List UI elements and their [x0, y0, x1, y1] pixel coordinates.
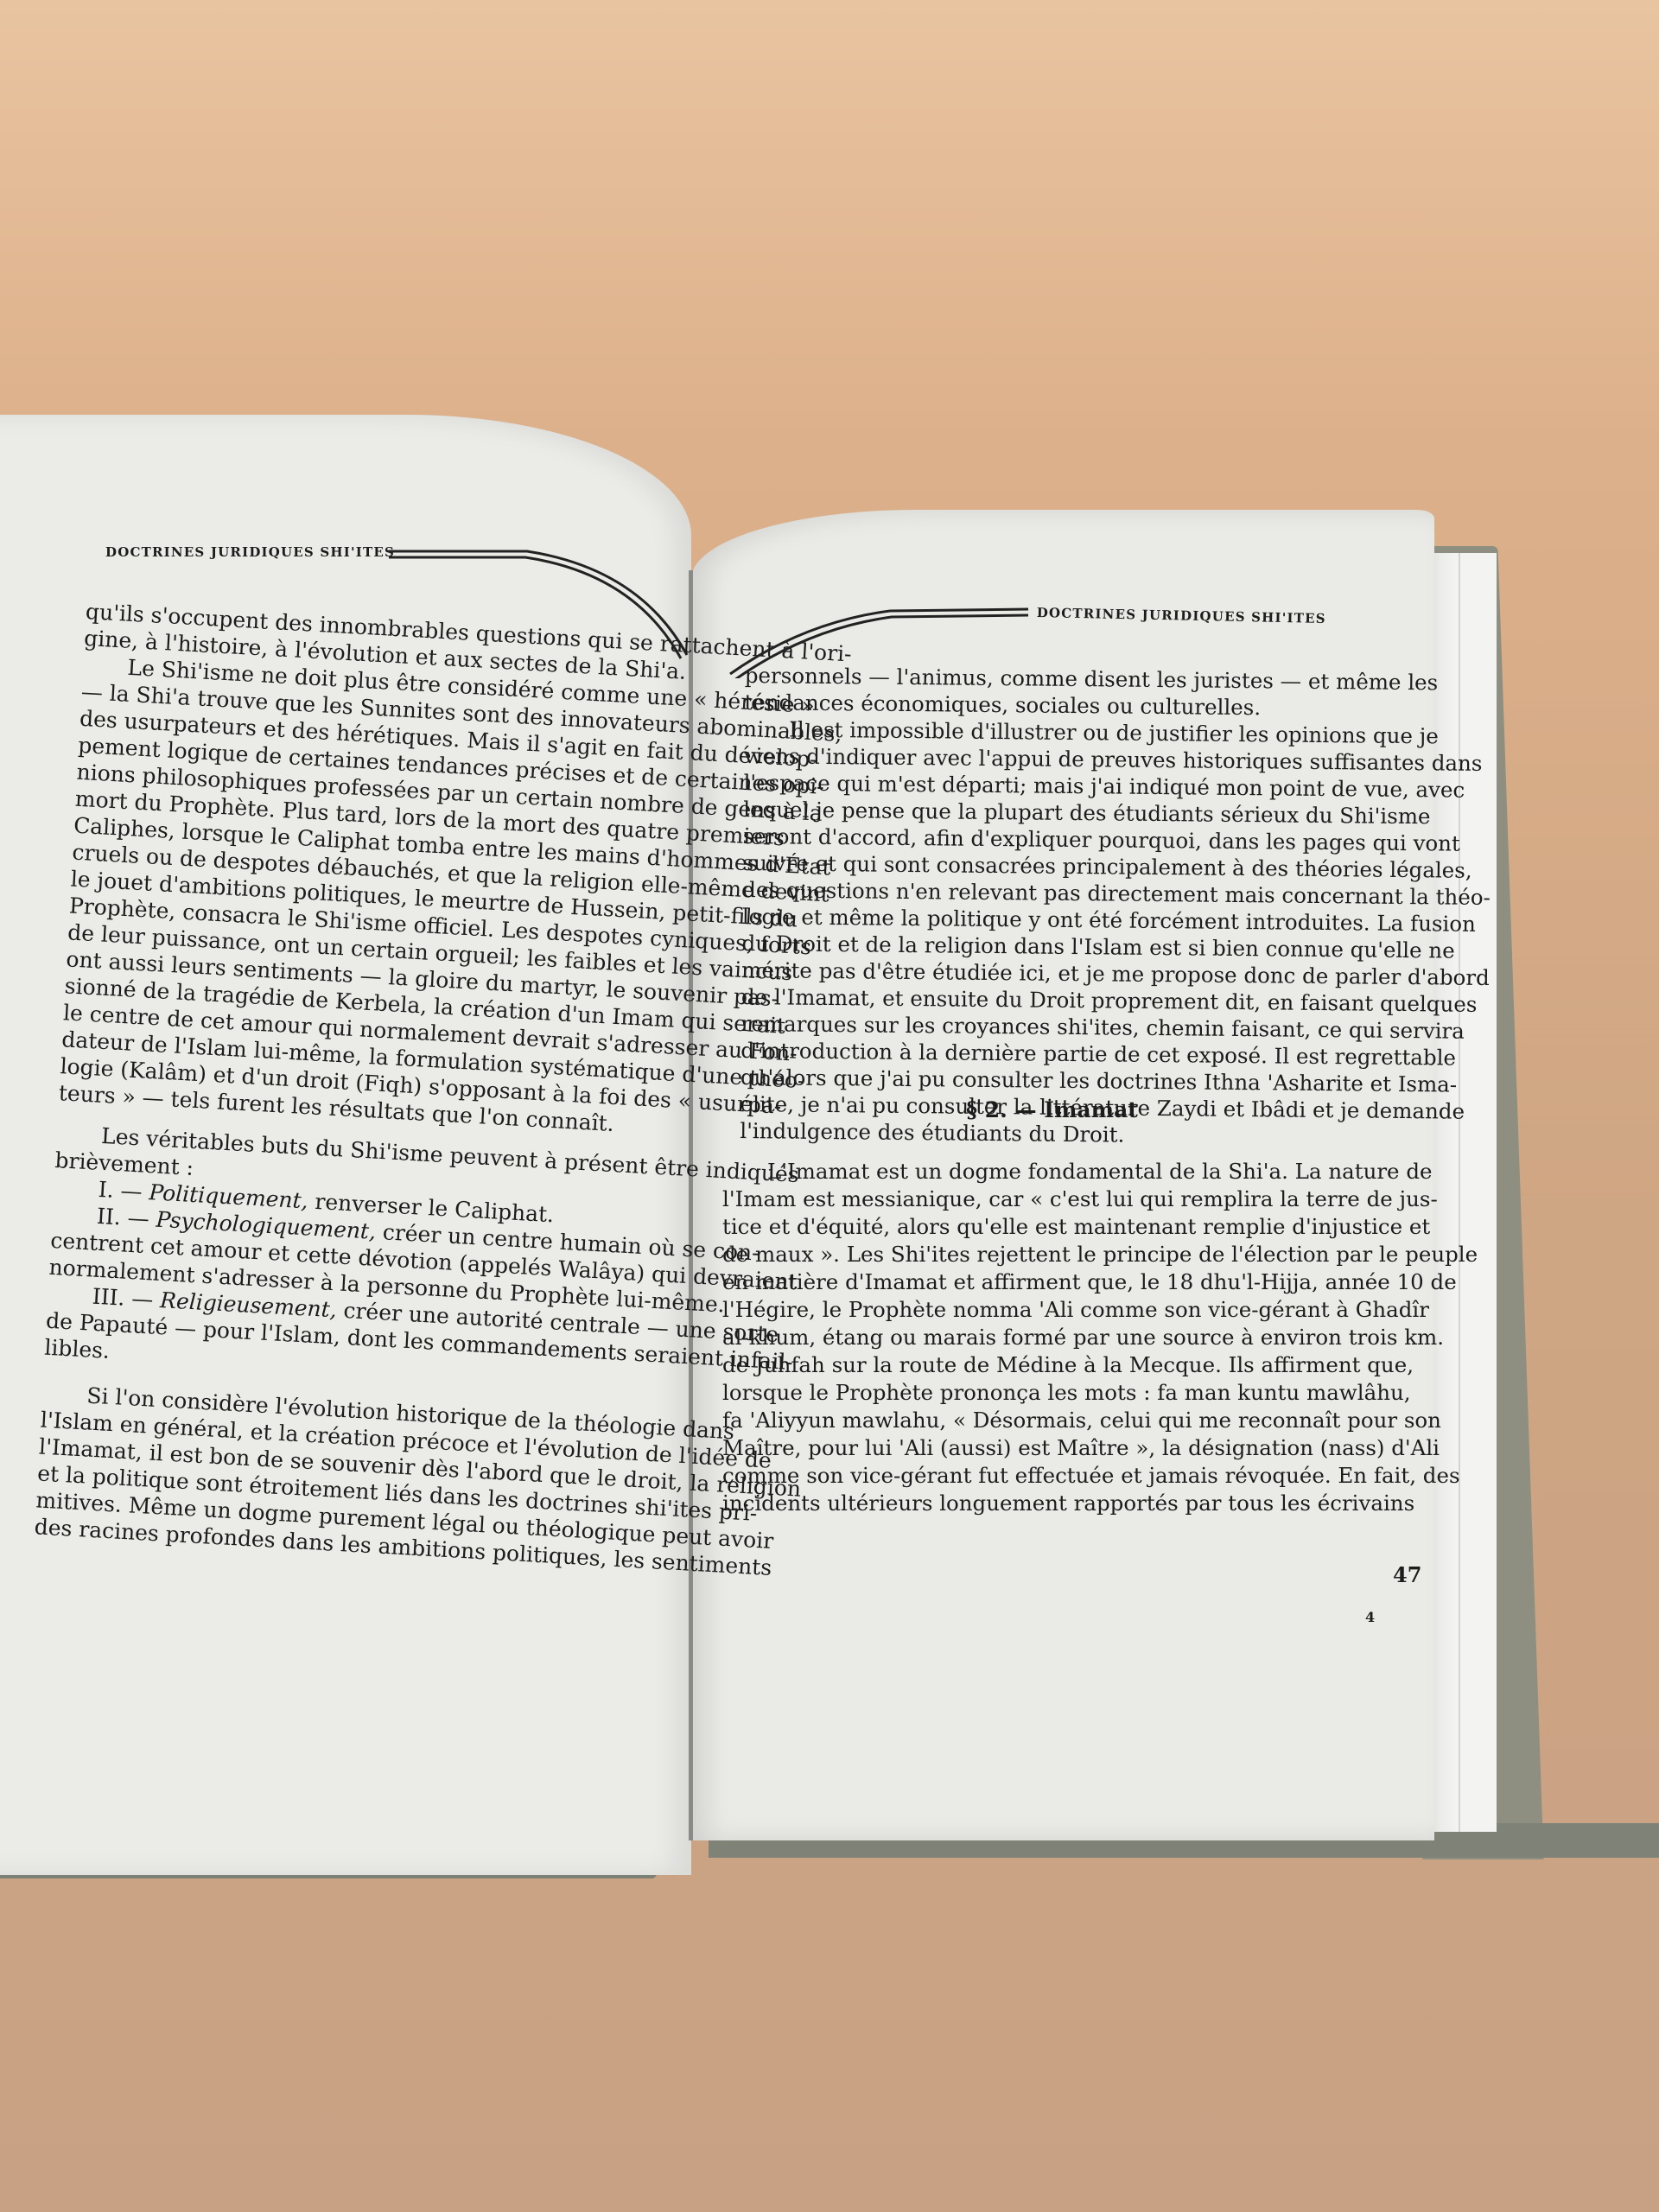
- text-line: incidents ultérieurs longuement rapporté…: [722, 1490, 1478, 1517]
- text-line: tice et d'équité, alors qu'elle est main…: [722, 1213, 1478, 1241]
- text-line: Maître, pour lui 'Ali (aussi) est Maître…: [722, 1434, 1478, 1462]
- section-heading: § 2. — Imamat: [966, 1097, 1138, 1122]
- text-line: comme son vice-gérant fut effectuée et j…: [722, 1462, 1478, 1490]
- text-line: de Juhfah sur la route de Médine à la Me…: [722, 1351, 1478, 1379]
- aim-number: I. —: [98, 1177, 143, 1205]
- text-line: fa 'Aliyyun mawlahu, « Désormais, celui …: [722, 1407, 1478, 1434]
- text-line: de maux ». Les Shi'ites rejettent le pri…: [722, 1241, 1478, 1268]
- signature-mark: 4: [1365, 1609, 1375, 1625]
- left-running-head: DOCTRINES JURIDIQUES SHI'ITES: [105, 544, 395, 560]
- text-line: L'Imamat est un dogme fondamental de la …: [722, 1158, 1478, 1185]
- text-line: l'Imam est messianique, car « c'est lui …: [722, 1185, 1478, 1213]
- right-body-text: personnels — l'animus, comme disent les …: [740, 662, 1492, 1152]
- aim-number: II. —: [96, 1204, 149, 1231]
- page-number: 47: [1393, 1562, 1421, 1587]
- aim-number: III. —: [92, 1284, 154, 1313]
- text-line: l'Hégire, le Prophète nomma 'Ali comme s…: [722, 1296, 1478, 1324]
- section-body-text: L'Imamat est un dogme fondamental de la …: [722, 1158, 1478, 1517]
- text-line: lorsque le Prophète prononça les mots : …: [722, 1379, 1478, 1407]
- text-line: en matière d'Imamat et affirment que, le…: [722, 1268, 1478, 1296]
- text-line: al-khum, étang ou marais formé par une s…: [722, 1324, 1478, 1351]
